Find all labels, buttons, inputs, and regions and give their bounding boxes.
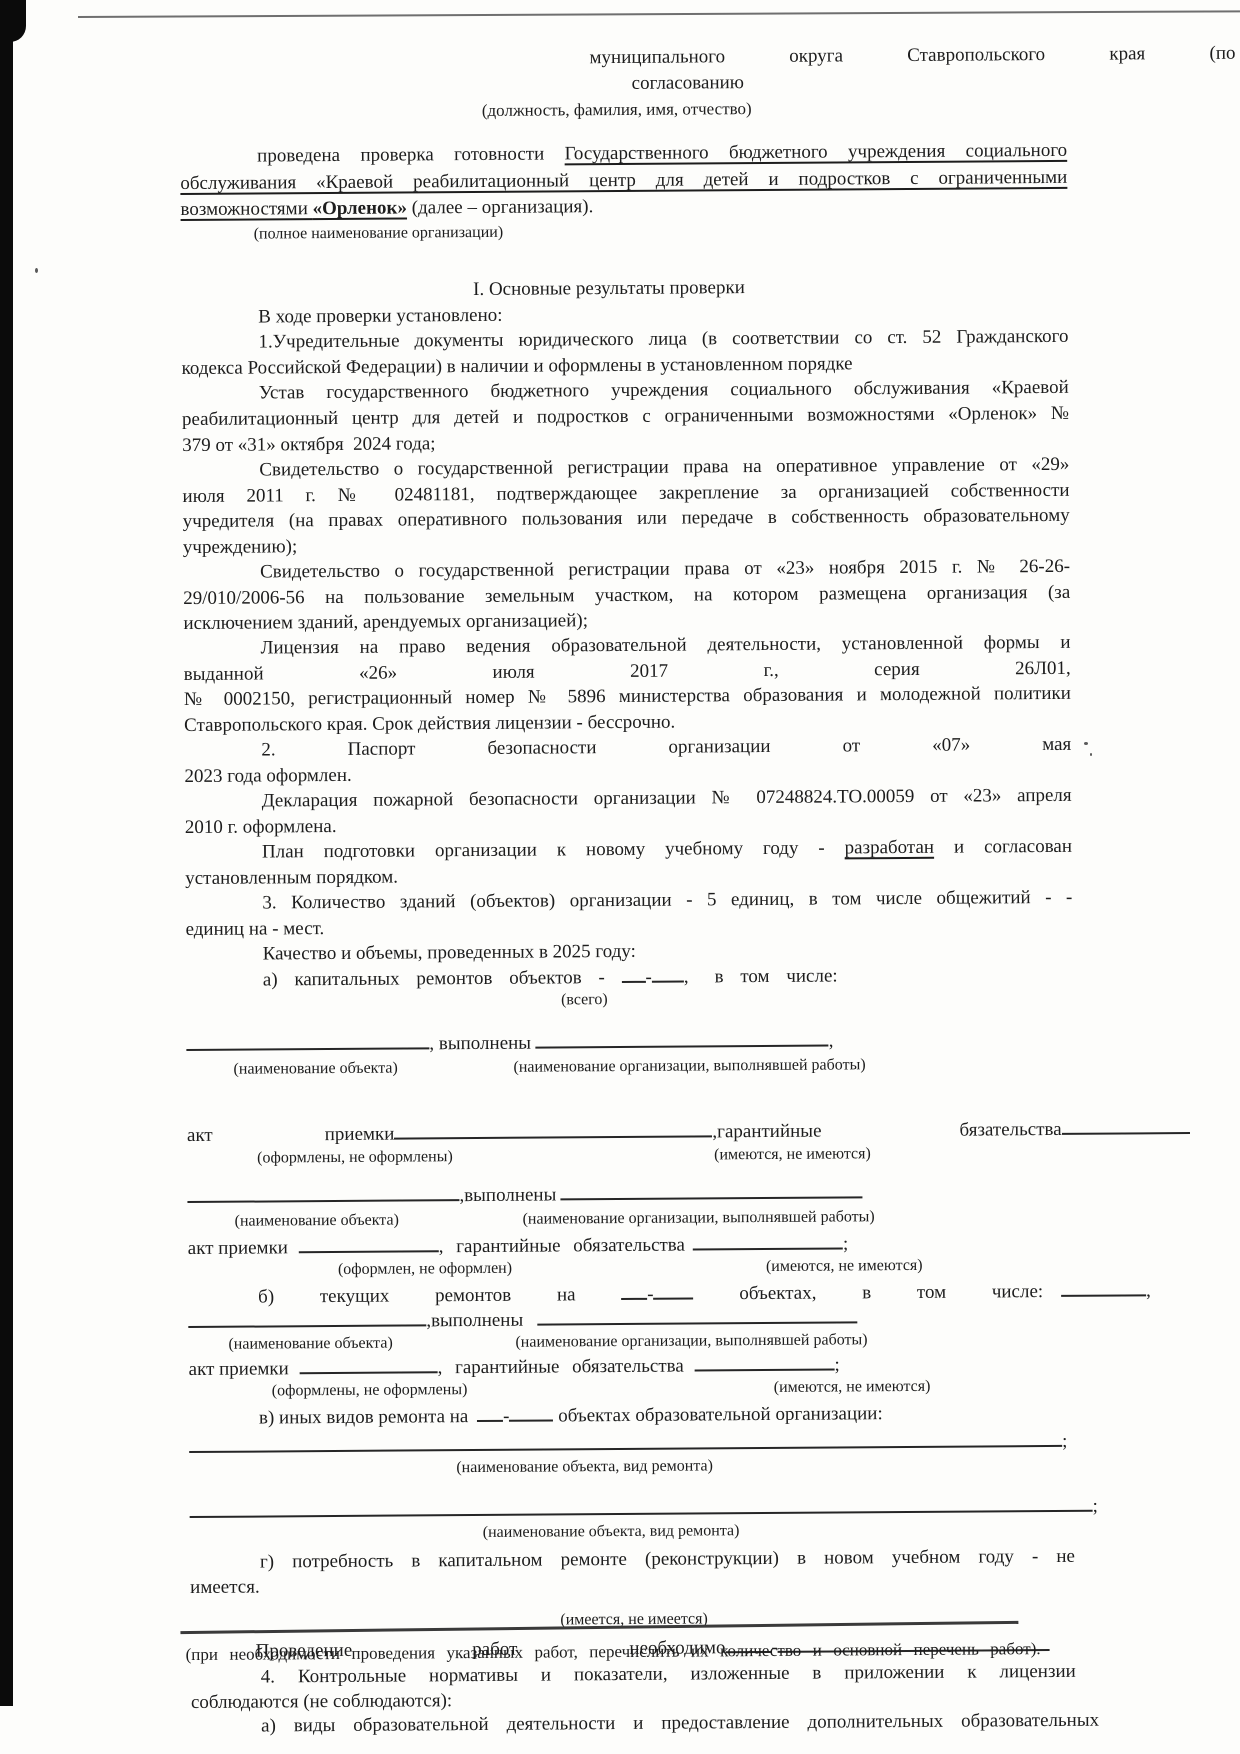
blank-underline bbox=[537, 1306, 857, 1325]
intro-text: проведена проверка готовности bbox=[257, 143, 565, 166]
word: числе: bbox=[992, 1281, 1044, 1302]
header-caption: (должность, фамилия, имя, отчество) bbox=[482, 98, 752, 121]
blank-underline bbox=[1062, 1117, 1190, 1135]
word: на bbox=[557, 1284, 576, 1305]
blank-underline bbox=[536, 1030, 829, 1049]
vypolneny-label: ,выполнены bbox=[459, 1184, 556, 1206]
capital-repairs-label: а) капитальных ремонтов объектов - bbox=[263, 967, 605, 990]
org-name-caption: (наименование организации, выполнявшей р… bbox=[513, 1055, 865, 1077]
blank-underline bbox=[1061, 1279, 1146, 1297]
charter-line-3: 379 от «31» октября 2024 года; bbox=[182, 431, 436, 458]
object-type-caption: (наименование объекта, вид ремонта) bbox=[483, 1521, 740, 1543]
current-repairs-line: б) текущих ремонтов на - объектах, в том… bbox=[258, 1279, 1043, 1309]
org-name-caption: (полное наименование организации) bbox=[254, 223, 504, 245]
org-name-caption: (наименование организации, выполнявшей р… bbox=[515, 1330, 867, 1352]
object-name-caption: (наименование объекта) bbox=[228, 1334, 392, 1355]
established-line: В ходе проверки установлено: bbox=[258, 303, 502, 330]
blank-underline bbox=[299, 1356, 437, 1374]
blank-underline bbox=[653, 1282, 693, 1299]
passport-line-2: 2023 года оформлен. bbox=[184, 763, 351, 789]
blank-underline bbox=[694, 1354, 834, 1372]
scanned-document-page: муниципального округа Ставропольского кр… bbox=[0, 0, 1240, 1754]
certificate2-line-2: 29/010/2006-56 на пользование земельным … bbox=[183, 580, 1070, 611]
section-title: I. Основные результаты проверки bbox=[473, 275, 745, 302]
semicolon: ; bbox=[1062, 1431, 1067, 1452]
other-repairs-line: в) иных видов ремонта на - объектах обра… bbox=[259, 1401, 883, 1430]
need-repairs-line-1: г) потребность в капитальном ремонте (ре… bbox=[260, 1544, 1075, 1575]
certificate1-line-4: учреждению); bbox=[183, 534, 298, 560]
blank-underline bbox=[652, 966, 684, 983]
blank-underline bbox=[693, 1232, 843, 1250]
word: том bbox=[917, 1282, 946, 1303]
charter-line-2: реабилитационный центр для детей и подро… bbox=[182, 401, 1069, 432]
comma: , bbox=[684, 967, 689, 988]
semicolon: ; bbox=[1093, 1496, 1098, 1517]
plan-line-2: установленным порядком. bbox=[185, 865, 398, 891]
header-approval-line2: согласованию bbox=[632, 70, 744, 96]
word: объектах, bbox=[739, 1283, 816, 1305]
imeyutsya-caption: (имеются, не имеются) bbox=[714, 1144, 871, 1165]
other-repairs-label: в) иных видов ремонта на bbox=[259, 1406, 469, 1428]
priemki-label: приемки bbox=[325, 1124, 395, 1145]
control-norms-line-2: соблюдаются (не соблюдаются): bbox=[191, 1688, 452, 1715]
intro-line-2: обслуживания «Краевой реабилитационный ц… bbox=[180, 165, 1067, 196]
object-name-caption: (наименование объекта) bbox=[235, 1211, 399, 1232]
org-name-underlined: возможностями bbox=[180, 198, 312, 220]
blank-underline bbox=[621, 1283, 647, 1300]
obyazatelstva-label: бязательства bbox=[959, 1119, 1061, 1141]
passport-line-1: 2. Паспорт безопасности организации от «… bbox=[261, 732, 1071, 763]
document-body: муниципального округа Ставропольского кр… bbox=[0, 0, 1240, 1754]
semicolon: ; bbox=[834, 1354, 839, 1375]
item-b-label: б) bbox=[258, 1286, 274, 1307]
vsego-caption: (всего) bbox=[561, 990, 608, 1010]
oformleny-caption: (оформлены, не оформлены) bbox=[257, 1147, 453, 1168]
education-types-line: а) виды образовательной деятельности и п… bbox=[261, 1708, 1099, 1739]
org-name-underlined: Государственного бюджетного учреждения с… bbox=[565, 140, 1068, 165]
plan-text: и согласован bbox=[934, 836, 1072, 858]
imeyutsya-caption: (имеются, не имеются) bbox=[774, 1377, 931, 1398]
header-approval-line: муниципального округа Ставропольского кр… bbox=[589, 41, 1235, 71]
garant-ob-label: , гарантийные обязательства bbox=[437, 1356, 683, 1379]
garant-ob-label: , гарантийные обязательства bbox=[439, 1235, 685, 1258]
other-repairs-tail: объектах образовательной организации: bbox=[553, 1403, 882, 1426]
object-type-caption: (наименование объекта, вид ремонта) bbox=[456, 1456, 713, 1478]
buildings-count-line-1: 3. Количество зданий (объектов) организа… bbox=[262, 885, 1072, 916]
word: ремонтов bbox=[435, 1285, 511, 1307]
object-b-fill-line: ,выполнены bbox=[187, 1180, 862, 1210]
including-label: в том числе: bbox=[715, 965, 838, 987]
blank-underline bbox=[188, 1309, 426, 1328]
intro-line-1: проведена проверка готовности Государств… bbox=[257, 138, 1067, 169]
paragraph-1-line-1: 1.Учредительные документы юридического л… bbox=[258, 324, 1068, 355]
current-repairs-tail: , bbox=[1061, 1278, 1151, 1304]
certificate1-line-3: учредителя (на правах оперативного польз… bbox=[183, 503, 1070, 534]
blank-underline bbox=[509, 1404, 553, 1421]
org-name-underlined: обслуживания «Краевой реабилитационный ц… bbox=[180, 167, 1067, 194]
garant-label: ,гарантийные bbox=[712, 1121, 821, 1143]
object-a-fill-line: , выполнены , bbox=[186, 1029, 833, 1059]
act-d-line: акт приемки , гарантийные обязательства … bbox=[189, 1352, 840, 1382]
akt-label: акт bbox=[187, 1125, 213, 1146]
vypolneny-label: , выполнены bbox=[429, 1033, 531, 1055]
fire-declaration-line-1: Декларация пожарной безопасности организ… bbox=[262, 783, 1072, 814]
oformlen-caption: (оформлен, не оформлен) bbox=[338, 1259, 512, 1280]
word: текущих bbox=[320, 1286, 390, 1307]
blank-underline bbox=[189, 1430, 1062, 1453]
oformleny-caption: (оформлены, не оформлены) bbox=[272, 1380, 468, 1401]
control-norms-line-1: 4. Контрольные нормативы и показатели, и… bbox=[261, 1659, 1076, 1690]
license-line-4: Ставропольского края. Срок действия лице… bbox=[184, 710, 675, 738]
act-b-line: акт приемки , гарантийные обязательства; bbox=[188, 1231, 849, 1261]
blank-underline bbox=[187, 1184, 459, 1203]
blank-underline bbox=[299, 1235, 439, 1253]
capital-repairs-line: а) капитальных ремонтов объектов - -,в т… bbox=[263, 963, 838, 992]
long-fill-line-2: ; bbox=[190, 1494, 1098, 1525]
blank-underline bbox=[190, 1495, 1093, 1518]
act-a-line: актприемки,гарантийныебязательства bbox=[187, 1116, 1190, 1148]
comma: , bbox=[1146, 1280, 1151, 1301]
intro-text: (далее – организация). bbox=[407, 196, 594, 218]
plan-status-underlined: разработан bbox=[845, 837, 935, 859]
comma: , bbox=[829, 1031, 834, 1052]
certificate2-line-3: исключением зданий, арендуемых организац… bbox=[183, 608, 588, 636]
akt-priemki-label: акт приемки bbox=[188, 1237, 288, 1259]
blank-underline bbox=[621, 966, 645, 983]
need-repairs-line-2: имеется. bbox=[190, 1575, 260, 1600]
license-line-3: № 0002150, регистрационный номер № 5896 … bbox=[184, 681, 1071, 712]
blank-underline bbox=[186, 1032, 429, 1051]
word: в bbox=[862, 1282, 871, 1303]
object-name-caption: (наименование объекта) bbox=[233, 1059, 397, 1080]
quality-line: Качество и объемы, проведенных в 2025 го… bbox=[263, 939, 636, 967]
blank-underline bbox=[477, 1405, 503, 1422]
plan-text: План подготовки организации к новому уче… bbox=[262, 837, 845, 862]
org-name-caption: (наименование организации, выполнявшей р… bbox=[523, 1207, 875, 1229]
vypolneny-label: ,выполнены bbox=[426, 1310, 523, 1332]
fire-declaration-line-2: 2010 г. оформлена. bbox=[185, 814, 337, 840]
intro-line-3: возможностями «Орленок» (далее – организ… bbox=[180, 194, 593, 222]
semicolon: ; bbox=[843, 1233, 848, 1254]
imeyutsya-caption: (имеются, не имеются) bbox=[766, 1256, 923, 1277]
blank-underline bbox=[394, 1120, 712, 1139]
buildings-count-line-2: единиц на - мест. bbox=[185, 916, 324, 942]
blank-underline bbox=[560, 1181, 862, 1200]
long-fill-line-1: ; bbox=[189, 1429, 1067, 1460]
akt-priemki-label: акт приемки bbox=[189, 1358, 289, 1380]
org-short-name: «Орленок» bbox=[313, 197, 408, 219]
plan-line-1: План подготовки организации к новому уче… bbox=[262, 834, 1072, 865]
